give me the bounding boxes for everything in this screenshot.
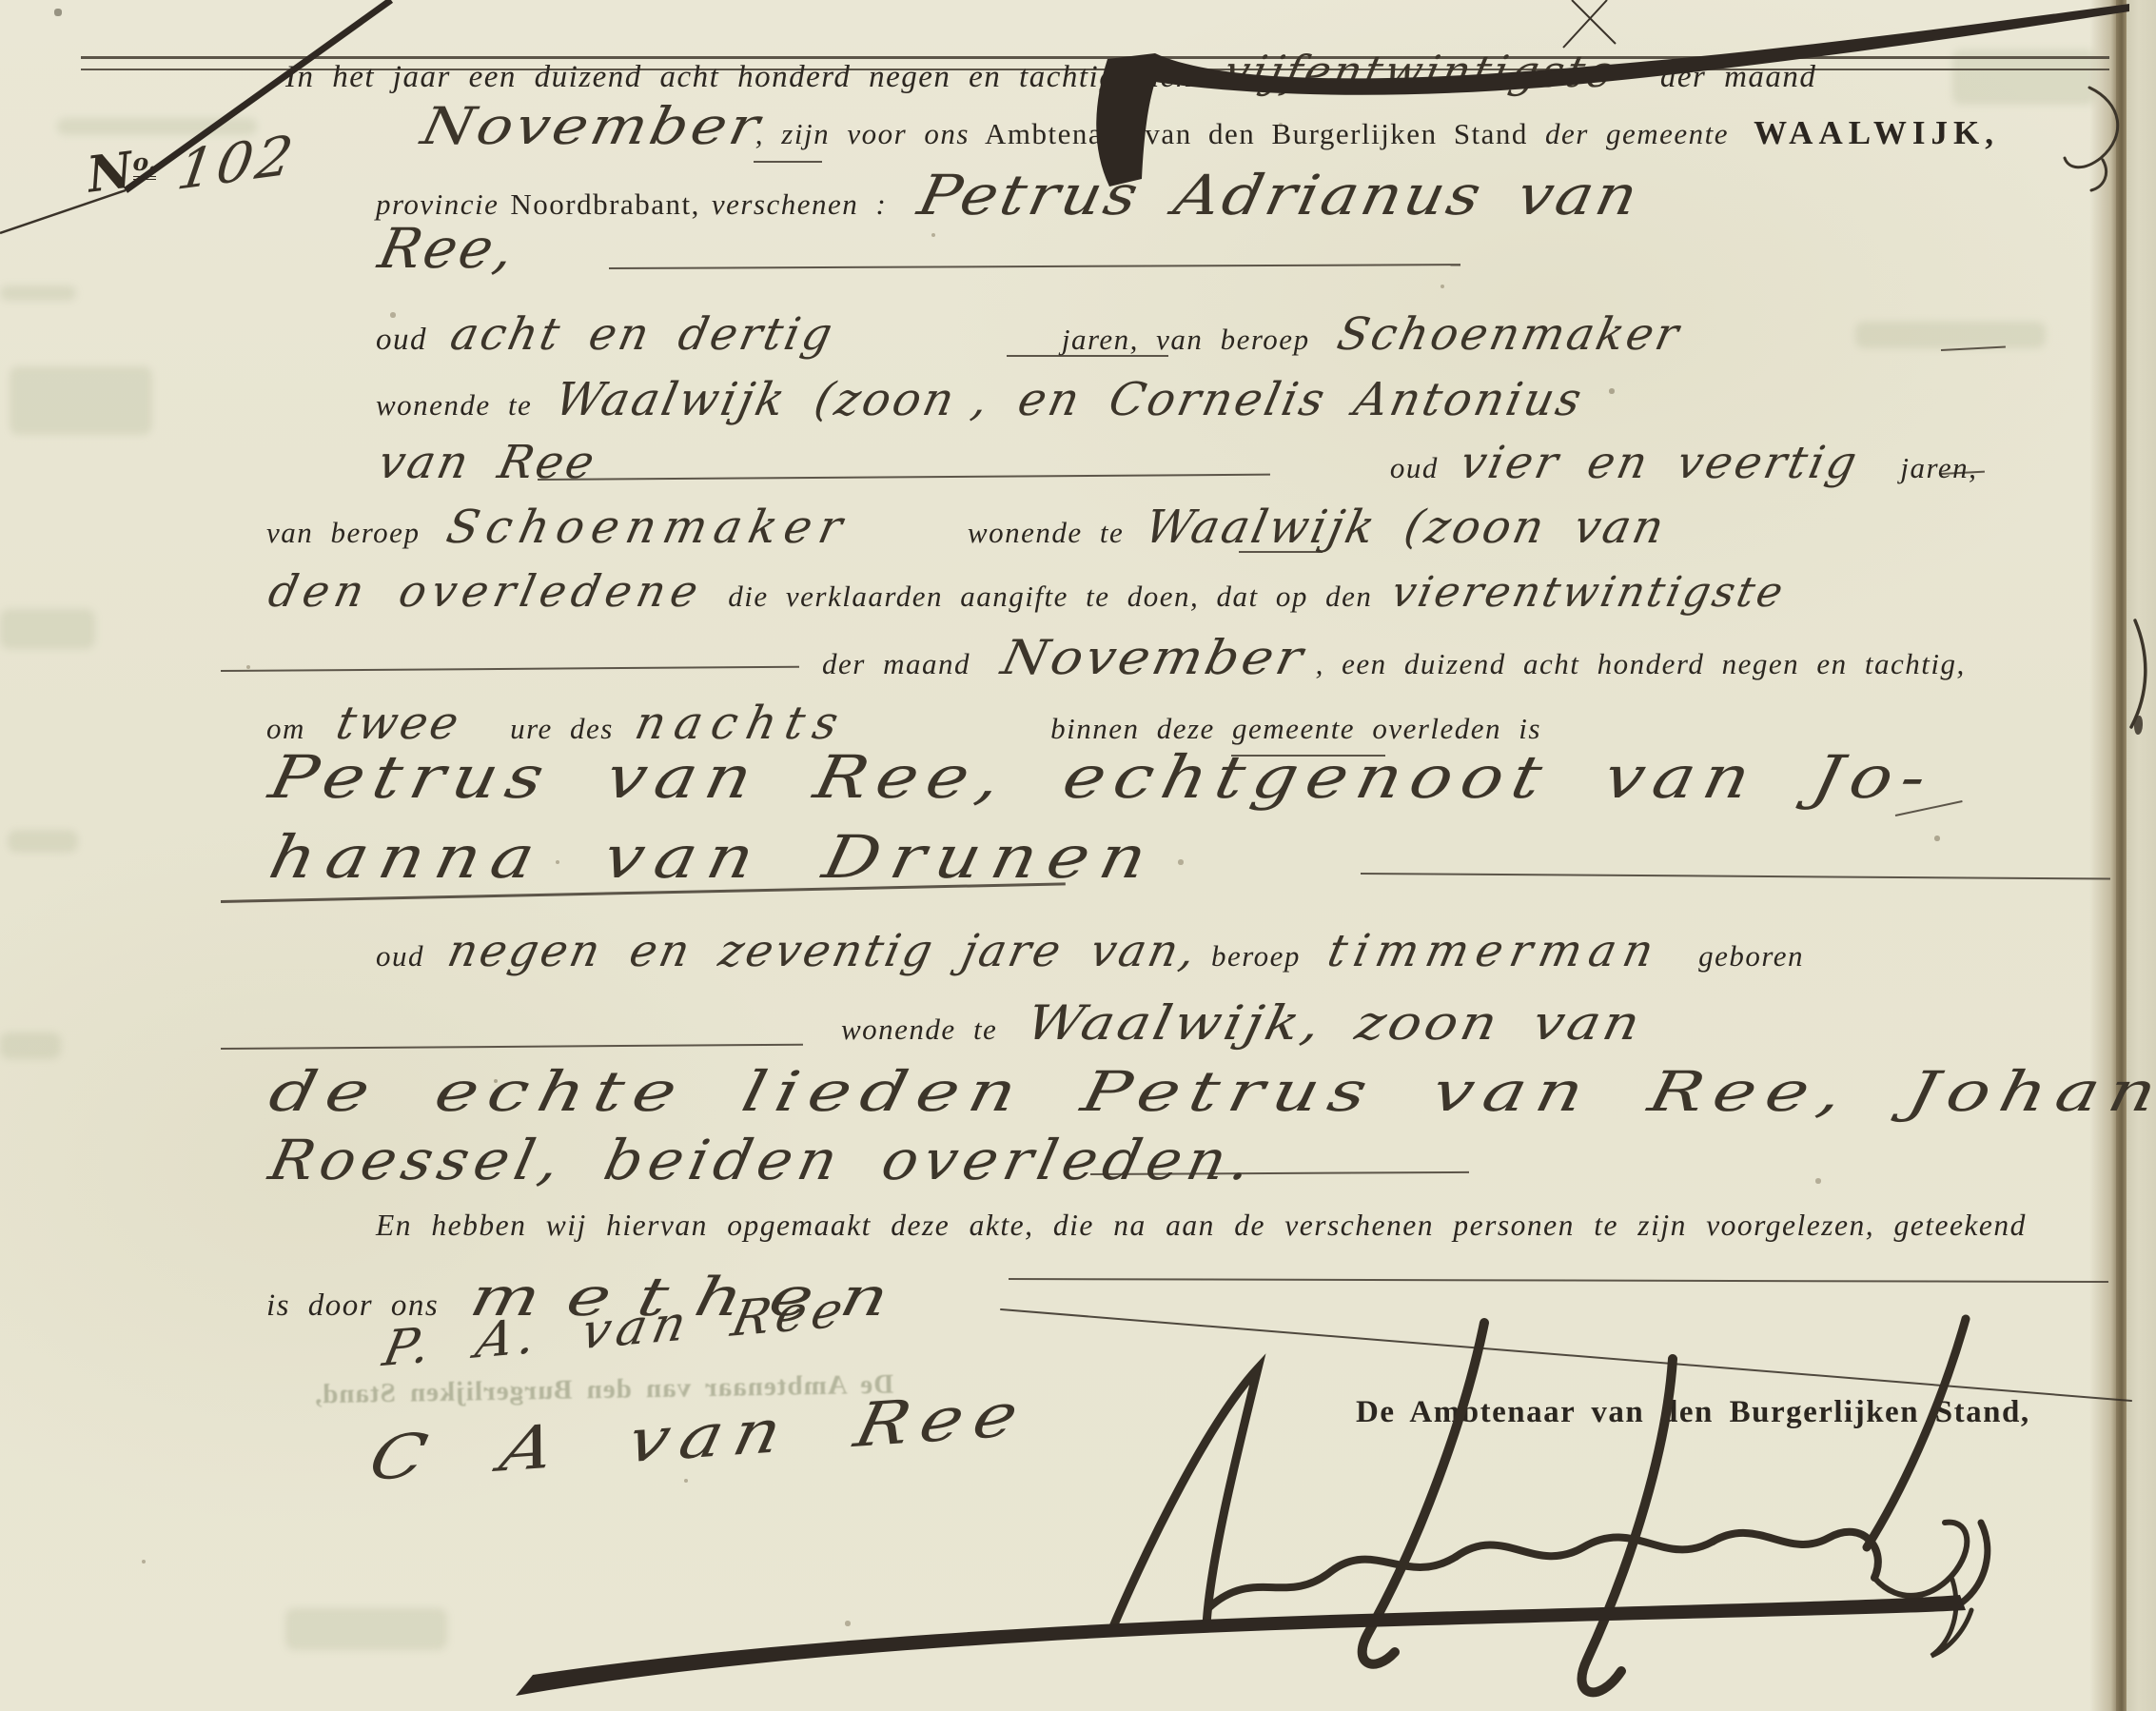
handwritten-death-day: vierentwintigste	[1388, 572, 1790, 614]
record-number: No. 102	[88, 143, 289, 202]
handwritten-hour: twee	[332, 700, 464, 746]
printed-text: , een duizend acht honderd negen en tach…	[1316, 647, 1966, 680]
printed-text: Noordbrabant,	[510, 187, 699, 221]
bleedthrough-smudge	[0, 1032, 61, 1059]
form-line-1: In het jaar een duizend acht honderd neg…	[285, 49, 1816, 95]
blank-line	[609, 264, 1460, 269]
bleedthrough-smudge	[10, 366, 152, 435]
handwritten-parents-2: Roessel, beiden overleden.	[265, 1132, 1262, 1188]
bleedthrough-smudge	[8, 830, 78, 853]
printed-text: der maand	[1660, 60, 1817, 94]
printed-text: der maand	[822, 647, 970, 680]
paper-specks	[0, 0, 2, 2]
bleedthrough-smudge	[285, 1608, 447, 1650]
printed-text: , zijn voor ons	[755, 117, 970, 150]
handwritten-declarant-1-cont: Ree,	[374, 221, 521, 276]
page-binding-crease	[2116, 0, 2127, 1711]
form-line-15: wonende te Waalwijk, zoon van	[219, 999, 1558, 1047]
entry-underline	[754, 161, 822, 163]
form-line-12: Petrus van Ree, echtgenoot van Jo-	[266, 748, 1676, 807]
blank-line	[1361, 873, 2110, 880]
form-line-7: van Ree oud vier en veertig jaren,	[376, 440, 1977, 485]
handwritten-deceased-residence: Waalwijk, zoon van	[1023, 999, 1648, 1047]
printed-text: der gemeente	[1545, 117, 1729, 150]
printed-text: die verklaarden aangifte te doen, dat op…	[728, 580, 1372, 613]
printed-text: oud	[376, 939, 424, 973]
printed-text: beroep	[1211, 939, 1301, 973]
record-number-label-o: o.	[133, 148, 157, 180]
handwritten-month: November	[417, 101, 767, 152]
handwritten-occupation-1: Schoenmaker	[1333, 312, 1685, 357]
page-edge-shadow	[2089, 0, 2116, 1711]
printed-text: ure des	[510, 712, 614, 745]
printed-text: En hebben wij hiervan opgemaakt deze akt…	[376, 1209, 2027, 1242]
printed-text: oud	[1390, 451, 1439, 484]
form-line-10: der maand November , een duizend acht ho…	[219, 634, 1966, 681]
printed-text: wonende te	[841, 1013, 997, 1046]
printed-text: binnen deze gemeente overleden is	[1050, 712, 1541, 745]
form-line-5: oud acht en dertig jaren, van beroep Sch…	[376, 312, 1676, 358]
signature-underline-sweep	[516, 1595, 1966, 1696]
form-line-16: de echte lieden Petrus van Ree, Johanna …	[266, 1064, 1974, 1119]
printed-text: wonende te	[376, 388, 532, 422]
handwritten-day: vijfentwintigste	[1220, 49, 1620, 93]
bleedthrough-smudge	[1855, 322, 2046, 348]
handwritten-occupation-2: Schoenmaker	[443, 504, 854, 550]
handwritten-residence-2: Waalwijk (zoon van	[1142, 504, 1671, 550]
death-certificate-page: De Ambtenaar van den Burgerlijken Stand,…	[0, 0, 2156, 1711]
printed-text: om	[266, 712, 305, 745]
handwritten-deceased-occupation: timmerman	[1323, 929, 1664, 973]
bleedthrough-smudge	[0, 609, 95, 649]
handwritten-parents-1: de echte lieden Petrus van Ree, Johanna …	[265, 1064, 2156, 1119]
witness-signature-2: C A van Ree	[366, 1429, 928, 1490]
handwritten-relation: den overledene	[265, 569, 708, 613]
form-line-11: om twee ure des nachts binnen deze gemee…	[266, 700, 1541, 746]
record-number-label-n: N	[84, 141, 136, 204]
form-line-13: hanna van Drunen	[266, 828, 1017, 887]
officer-caption: De Ambtenaar van den Burgerlijken Stand,	[1356, 1395, 2030, 1430]
printed-text: oud	[376, 323, 427, 357]
handwritten-declarant-1: Petrus Adrianus van	[913, 167, 1645, 223]
printed-text: verschenen :	[712, 187, 888, 221]
form-line-4: Ree,	[376, 221, 512, 276]
handwritten-deceased-name: Petrus van Ree, echtgenoot van Jo-	[265, 748, 1940, 807]
printed-text: geboren	[1698, 939, 1804, 973]
record-number-value: 102	[174, 128, 300, 198]
printed-text: is door ons	[266, 1288, 439, 1323]
handwritten-deceased-age: negen en zeventig jare van,	[444, 929, 1203, 973]
handwritten-spouse-name: hanna van Drunen	[265, 828, 1163, 887]
form-line-2: November , zijn voor ons Ambtenaar van d…	[419, 101, 1999, 152]
printed-text: van beroep	[266, 516, 420, 549]
printed-municipality: WAALWIJK,	[1754, 114, 1999, 151]
witness-signature-1: P. A. van Ree	[381, 1325, 834, 1374]
form-line-3: provincie Noordbrabant, verschenen : Pet…	[376, 167, 1558, 223]
handwritten-residence-1: Waalwijk (zoon	[552, 377, 961, 423]
handwritten-time-of-day: nachts	[631, 700, 851, 746]
handwritten-declarant-2-cont: van Ree	[374, 440, 600, 485]
printed-text: In het jaar een duizend acht honderd neg…	[285, 60, 1193, 94]
handwritten-declarant-2: , en Cornelis Antonius	[969, 377, 1588, 423]
adjacent-page-sliver	[2127, 0, 2156, 1711]
printed-text: jaren,	[1900, 451, 1977, 484]
form-line-18: En hebben wij hiervan opgemaakt deze akt…	[376, 1209, 2027, 1243]
printed-text: jaren, van beroep	[1062, 323, 1310, 356]
handwritten-death-month: November	[997, 634, 1309, 681]
blank-line	[1009, 1278, 2108, 1283]
form-line-8: van beroep Schoenmaker wonende te Waalwi…	[266, 504, 1662, 550]
printed-text: Ambtenaar van den Burgerlijken Stand	[985, 117, 1528, 150]
form-line-17: Roessel, beiden overleden.	[266, 1132, 1196, 1188]
handwritten-age-1: acht en dertig	[447, 312, 839, 357]
form-line-9: den overledene die verklaarden aangifte …	[266, 569, 1782, 614]
printed-text: De Ambtenaar van den Burgerlijken Stand,	[1356, 1395, 2030, 1429]
bleedthrough-smudge	[0, 285, 76, 301]
handwritten-age-2: vier en veertig	[1456, 441, 1862, 485]
printed-text: wonende te	[968, 516, 1124, 549]
form-line-14: oud negen en zeventig jare van, beroep t…	[376, 929, 1804, 973]
form-line-6: wonende te Waalwijk (zoon , en Cornelis …	[376, 377, 1580, 423]
